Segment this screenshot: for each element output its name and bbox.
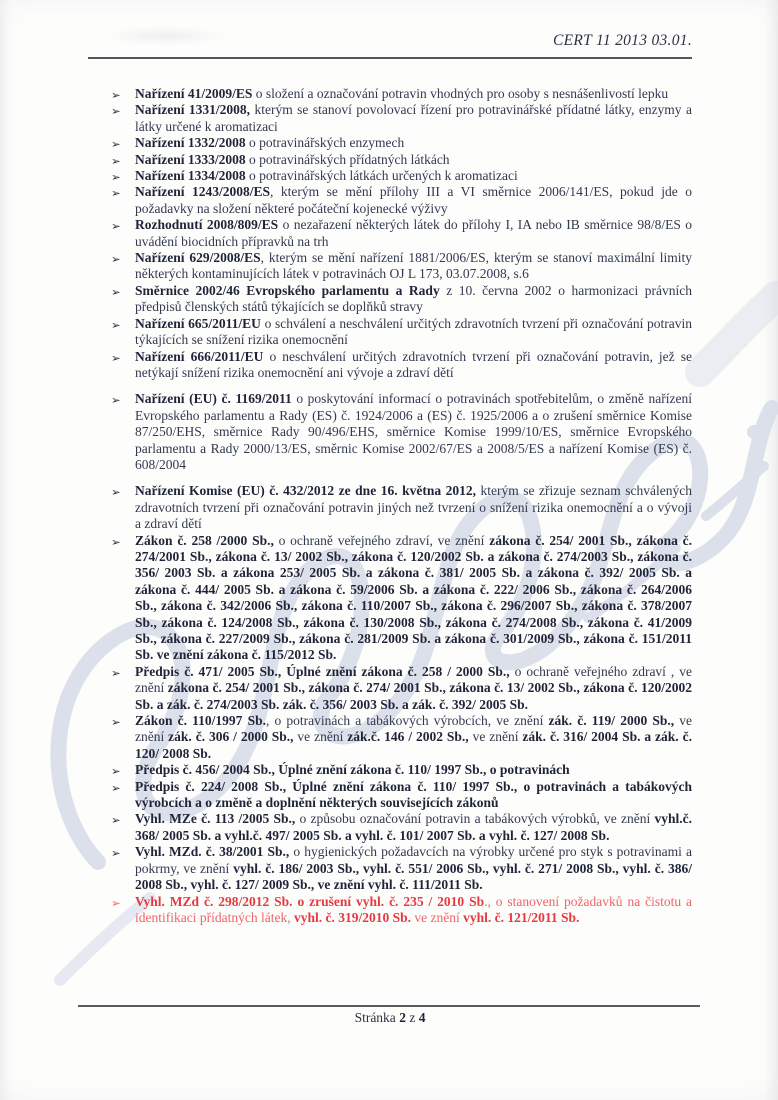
regulation-text: Předpis č. 456/ 2004 Sb., Úplné znění zá… xyxy=(135,762,570,777)
bullet-arrow-icon: ➢ xyxy=(111,534,121,550)
regulation-text: Směrnice 2002/46 Evropského parlamentu a… xyxy=(135,283,440,298)
bullet-arrow-icon: ➢ xyxy=(111,218,121,234)
regulation-text: Vyhl. MZd. č. 38/2001 Sb., xyxy=(135,844,289,859)
regulation-text: Zákon č. 258 /2000 Sb., xyxy=(135,533,274,548)
regulation-text: ve znění xyxy=(469,729,523,744)
regulation-text: Nařízení 629/2008/ES xyxy=(135,250,261,265)
list-item: ➢Nařízení 1333/2008 o potravinářských př… xyxy=(110,152,692,168)
list-item: ➢Nařízení (EU) č. 1169/2011 o poskytován… xyxy=(110,391,692,473)
page-number-text: Stránka xyxy=(355,1010,400,1025)
list-item: ➢Nařízení 666/2011/EU o neschválení urči… xyxy=(110,349,692,382)
regulation-text: Nařízení 666/2011/EU xyxy=(135,349,263,364)
regulation-text: zákona č. 254/ 2001 Sb., zákona č. 274/2… xyxy=(135,533,692,663)
bullet-arrow-icon: ➢ xyxy=(111,484,121,500)
list-item: ➢Vyhl. MZd. č. 38/2001 Sb., o hygienický… xyxy=(110,844,692,893)
regulation-text: o ochraně veřejného zdraví, ve znění xyxy=(274,533,489,548)
regulation-text: zák. č. 306 / 2000 Sb., xyxy=(168,729,293,744)
bullet-arrow-icon: ➢ xyxy=(111,845,121,861)
regulation-text: Vyhl. MZe č. 113 /2005 Sb., xyxy=(135,811,295,826)
regulation-text: o způsobu označování potravin a tabákový… xyxy=(295,811,654,826)
list-item: ➢Nařízení 1332/2008 o potravinářských en… xyxy=(110,135,692,151)
regulation-text: vyhl. č. 121/2011 Sb. xyxy=(463,910,579,925)
regulation-text: Nařízení 1332/2008 xyxy=(135,135,246,150)
page-header: CERT 11 2013 03.01. xyxy=(88,32,692,50)
regulation-text: zákona č. 254/ 2001 Sb., zákona č. 274/ … xyxy=(135,680,692,711)
bullet-arrow-icon: ➢ xyxy=(111,763,121,779)
page-footer: Stránka 2 z 4 xyxy=(88,1010,692,1026)
page-number-text: 2 xyxy=(399,1010,406,1025)
regulation-text: o složení a označování potravin vhodných… xyxy=(252,86,668,101)
list-item: ➢Předpis č. 224/ 2008 Sb., Úplné znění z… xyxy=(110,779,692,812)
regulation-text: zák.č. 146 / 2002 Sb., xyxy=(347,729,468,744)
regulation-text: , o potravinách a tabákových výrobcích, … xyxy=(266,713,549,728)
regulation-list: ➢Nařízení 41/2009/ES o složení a označov… xyxy=(110,86,692,926)
list-item: ➢Nařízení 41/2009/ES o složení a označov… xyxy=(110,86,692,102)
regulation-text: vyhl. č. 319/2010 Sb. xyxy=(294,910,411,925)
footer-rule xyxy=(78,1005,700,1007)
regulation-text: Nařízení Komise (EU) č. 432/2012 ze dne … xyxy=(135,483,476,498)
page-number-text: z xyxy=(406,1010,419,1025)
bullet-arrow-icon: ➢ xyxy=(111,284,121,300)
bullet-arrow-icon: ➢ xyxy=(111,185,121,201)
regulation-text: Nařízení 41/2009/ES xyxy=(135,86,252,101)
header-rule xyxy=(88,57,692,59)
bullet-arrow-icon: ➢ xyxy=(111,169,121,185)
list-item: ➢Vyhl. MZe č. 113 /2005 Sb., o způsobu o… xyxy=(110,811,692,844)
bullet-arrow-icon: ➢ xyxy=(111,392,121,408)
list-item: ➢Nařízení 1331/2008, kterým se stanoví p… xyxy=(110,102,692,135)
regulation-text: o potravinářských enzymech xyxy=(246,135,405,150)
list-item: ➢Nařízení Komise (EU) č. 432/2012 ze dne… xyxy=(110,483,692,532)
regulation-text: Nařízení 1334/2008 xyxy=(135,168,246,183)
bullet-arrow-icon: ➢ xyxy=(111,812,121,828)
bullet-arrow-icon: ➢ xyxy=(111,317,121,333)
regulation-text: Rozhodnutí 2008/809/ES xyxy=(135,217,278,232)
regulation-text: zák. č. 119/ 2000 Sb., xyxy=(549,713,675,728)
bullet-arrow-icon: ➢ xyxy=(111,87,121,103)
list-item: ➢Nařízení 629/2008/ES, kterým se mění na… xyxy=(110,250,692,283)
regulation-text: o potravinářských látkách určených k aro… xyxy=(246,168,518,183)
list-item: ➢Nařízení 665/2011/EU o schválení a nesc… xyxy=(110,316,692,349)
page-number-text: 4 xyxy=(419,1010,426,1025)
regulation-text: ve znění xyxy=(411,910,463,925)
list-item: ➢Zákon č. 110/1997 Sb., o potravinách a … xyxy=(110,713,692,762)
list-item: ➢Předpis č. 456/ 2004 Sb., Úplné znění z… xyxy=(110,762,692,778)
bullet-arrow-icon: ➢ xyxy=(111,251,121,267)
regulation-text: Vyhl. MZd č. 298/2012 Sb. o zrušení vyhl… xyxy=(135,894,484,909)
bullet-arrow-icon: ➢ xyxy=(111,780,121,796)
regulation-text: o potravinářských přídatných látkách xyxy=(246,152,450,167)
list-item: ➢Zákon č. 258 /2000 Sb., o ochraně veřej… xyxy=(110,533,692,664)
list-item: ➢Předpis č. 471/ 2005 Sb., Úplné znění z… xyxy=(110,664,692,713)
regulation-text: Předpis č. 471/ 2005 Sb., Úplné znění zá… xyxy=(135,664,510,679)
bullet-arrow-icon: ➢ xyxy=(111,895,121,911)
document-code: CERT 11 2013 03.01. xyxy=(553,32,692,49)
regulation-text: Nařízení 665/2011/EU xyxy=(135,316,261,331)
bullet-arrow-icon: ➢ xyxy=(111,103,121,119)
bullet-arrow-icon: ➢ xyxy=(111,665,121,681)
bullet-arrow-icon: ➢ xyxy=(111,136,121,152)
bullet-arrow-icon: ➢ xyxy=(111,714,121,730)
list-item: ➢Rozhodnutí 2008/809/ES o nezařazení něk… xyxy=(110,217,692,250)
list-item: ➢Vyhl. MZd č. 298/2012 Sb. o zrušení vyh… xyxy=(110,894,692,927)
bullet-arrow-icon: ➢ xyxy=(111,153,121,169)
regulation-text: ve znění xyxy=(294,729,348,744)
regulation-text: Nařízení 1331/2008, xyxy=(135,102,250,117)
regulation-text: Předpis č. 224/ 2008 Sb., Úplné znění zá… xyxy=(135,779,692,810)
regulation-text: Nařízení 1333/2008 xyxy=(135,152,246,167)
list-item: ➢Nařízení 1243/2008/ES, kterým se mění p… xyxy=(110,184,692,217)
page-number: Stránka 2 z 4 xyxy=(355,1010,426,1025)
regulation-text: Nařízení 1243/2008/ES xyxy=(135,184,270,199)
regulation-text: Zákon č. 110/1997 Sb. xyxy=(135,713,266,728)
list-item: ➢Nařízení 1334/2008 o potravinářských lá… xyxy=(110,168,692,184)
document-page: CERT 11 2013 03.01. ➢Nařízení 41/2009/ES… xyxy=(0,0,778,1100)
list-item: ➢Směrnice 2002/46 Evropského parlamentu … xyxy=(110,283,692,316)
bullet-arrow-icon: ➢ xyxy=(111,350,121,366)
regulation-text: Nařízení (EU) č. 1169/2011 xyxy=(135,391,292,406)
